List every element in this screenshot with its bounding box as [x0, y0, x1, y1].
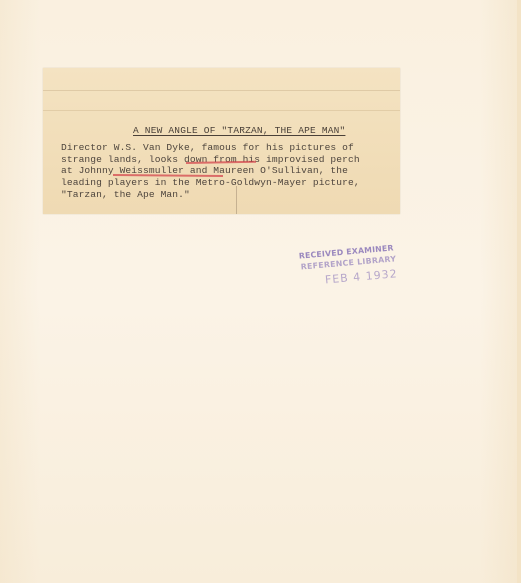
received-stamp: RECEIVED EXAMINER REFERENCE LIBRARY FEB … [296, 239, 410, 294]
caption-line: strange lands, looks down from his impro… [61, 154, 396, 166]
caption-line: leading players in the Metro-Goldwyn-May… [61, 177, 396, 189]
caption-body: Director W.S. Van Dyke, famous for his p… [61, 142, 396, 201]
tear-line [43, 110, 400, 111]
paper-edge [517, 0, 521, 583]
caption-clipping: A NEW ANGLE OF "TARZAN, THE APE MAN" Dir… [43, 68, 400, 214]
fold-line [43, 90, 400, 91]
photo-back-sheet: A NEW ANGLE OF "TARZAN, THE APE MAN" Dir… [0, 0, 521, 583]
caption-headline: A NEW ANGLE OF "TARZAN, THE APE MAN" [133, 125, 345, 136]
caption-line: Director W.S. Van Dyke, famous for his p… [61, 142, 396, 154]
caption-line: at Johnny Weissmuller and Maureen O'Sull… [61, 165, 396, 177]
stamp-date: FEB 4 1932 [324, 267, 398, 286]
caption-line: "Tarzan, the Ape Man." [61, 189, 396, 201]
